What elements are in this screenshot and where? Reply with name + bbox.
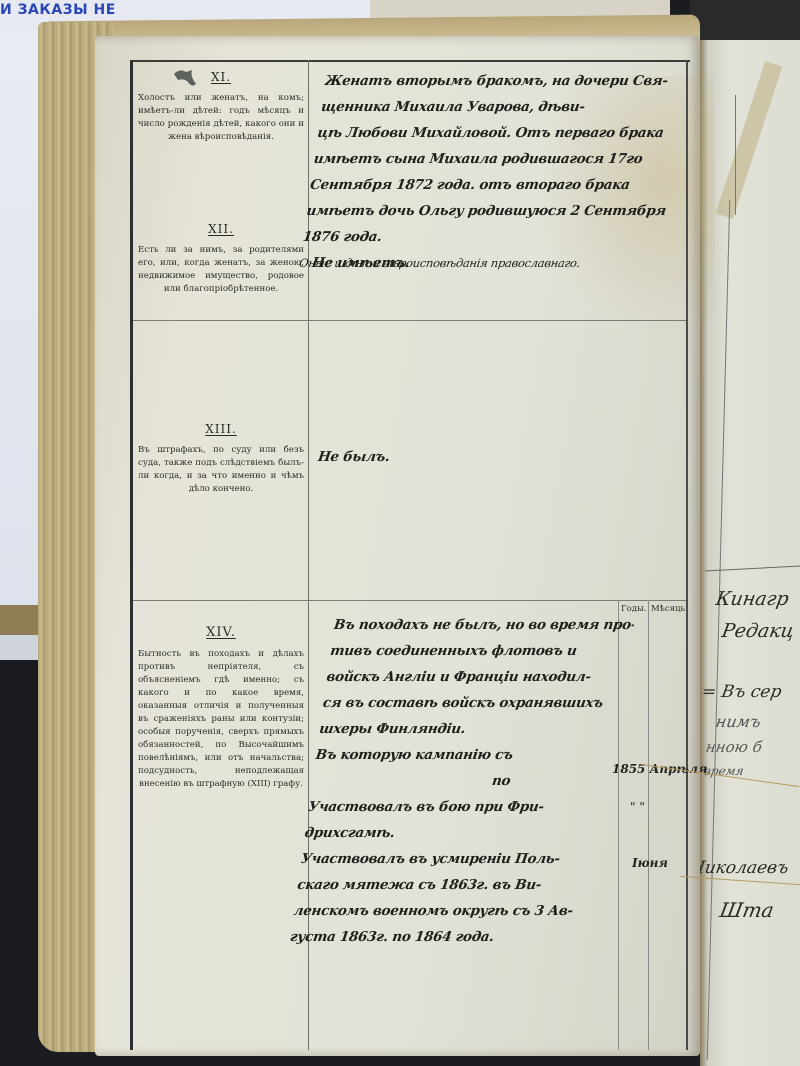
answer-line: Участвовалъ въ усмиреніи Поль-: [299, 846, 603, 872]
right-page-rule: [735, 95, 736, 215]
months-column-divider: [648, 600, 649, 1050]
right-page-text: Николаевъ: [688, 858, 790, 878]
answer-line: имѣетъ дочь Ольгу родившуюся 2 Сентября: [305, 198, 679, 224]
section-xiv-label: XIV. Бытность въ походахъ и дѣлахъ проти…: [136, 625, 306, 791]
right-page-text: нимъ: [714, 712, 762, 731]
section-numeral: XII.: [136, 222, 306, 236]
section-xiii-answer: Не былъ.: [316, 444, 690, 470]
section-question: Бытность въ походахъ и дѣлахъ противъ не…: [136, 648, 306, 791]
section-numeral: XI.: [136, 70, 306, 84]
right-page-text: Кинагр: [714, 588, 790, 610]
right-page-text: Шта: [718, 898, 776, 922]
campaign-end-date: " ": [630, 800, 645, 814]
answer-line: Въ которую кампанію съ: [314, 742, 618, 768]
section-question: Въ штрафахъ, по суду или безъ суда, такж…: [136, 444, 306, 496]
right-page-text: Редакц: [720, 620, 796, 642]
answer-line: шхеры Финляндіи.: [317, 716, 621, 742]
battle-month: Іюня: [632, 856, 668, 870]
section-xi-label: XI. Холостъ или женатъ, на комъ; имѣетъ-…: [136, 70, 306, 144]
answer-line: имѣетъ сына Михаила родившагося 17го: [312, 146, 686, 172]
answer-line: скаго мятежа съ 1863г. въ Ви-: [296, 872, 600, 898]
answer-line: Не былъ.: [316, 444, 690, 470]
section-numeral: XIII.: [136, 422, 306, 436]
answer-line: 1876 года.: [301, 224, 675, 250]
answer-line: цѣ Любови Михайловой. Отъ перваго брака: [316, 120, 690, 146]
answer-line: ся въ составѣ войскъ охранявшихъ: [321, 690, 625, 716]
section-xii-answer: Не имѣетъ.: [310, 250, 684, 276]
right-page-text: нною б: [704, 738, 763, 756]
answer-line: дрихсгамѣ.: [303, 820, 607, 846]
months-column-header: Мѣсяцы: [651, 604, 685, 614]
section-question: Есть ли за нимъ, за родителями его, или,…: [136, 244, 306, 296]
answer-line: Участвовалъ въ бою при Фри-: [307, 794, 611, 820]
right-page-text: = Въ сер: [700, 682, 783, 702]
row-divider: [133, 600, 686, 601]
sign-text: И ЗАКАЗЫ НЕ: [0, 2, 116, 18]
answer-line: тивъ соединенныхъ флотовъ и: [328, 638, 632, 664]
answer-line: войскъ Англіи и Франціи находил-: [325, 664, 629, 690]
section-xii-label: XII. Есть ли за нимъ, за родителями его,…: [136, 222, 306, 296]
section-xi-answer: Женатъ вторымъ бракомъ, на дочери Свя- щ…: [297, 68, 696, 276]
answer-line: по: [310, 768, 614, 794]
answer-line: Женатъ вторымъ бракомъ, на дочери Свя-: [323, 68, 697, 94]
answer-line: Въ походахъ не былъ, но во время про-: [332, 612, 636, 638]
answer-line: Сентября 1872 года. отъ втораго брака: [308, 172, 682, 198]
answer-line: Не имѣетъ.: [310, 250, 684, 276]
row-divider: [133, 320, 686, 321]
campaign-start-date: 1855 Апрѣля: [612, 762, 707, 776]
answer-line: ленскомъ военномъ округѣ съ 3 Ав-: [292, 898, 596, 924]
section-numeral: XIV.: [136, 625, 306, 640]
answer-line: густа 1863г. по 1864 года.: [288, 924, 592, 950]
section-question: Холостъ или женатъ, на комъ; имѣетъ-ли д…: [136, 92, 306, 144]
section-xiv-answer: Въ походахъ не былъ, но во время про- ти…: [288, 612, 636, 950]
answer-line: щенника Михаила Уварова, дѣви-: [319, 94, 693, 120]
section-xiii-label: XIII. Въ штрафахъ, по суду или безъ суда…: [136, 422, 306, 496]
table-frame-right: [686, 60, 688, 1050]
